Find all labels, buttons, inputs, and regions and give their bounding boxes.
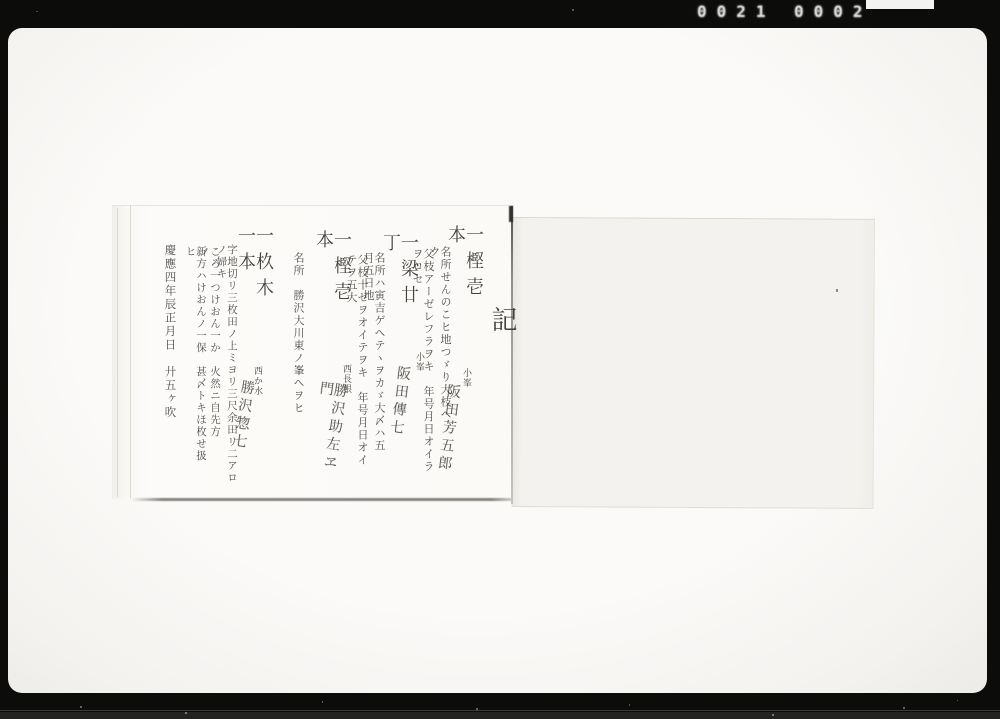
microfilm-frame: { "frame": { "counter_left": "0021", "co…	[0, 0, 1000, 719]
item-4-title: 一杦木一本	[236, 226, 272, 328]
item-2-title: 一梁廿丁	[381, 233, 417, 325]
frame-counter-right: 0002	[794, 2, 873, 21]
page-stack-edge	[117, 208, 118, 497]
dust-speck	[185, 712, 187, 714]
dust-speck	[629, 704, 630, 706]
page-stack-edge	[130, 206, 131, 498]
dust-speck	[903, 707, 905, 709]
film-edge-notch	[866, 0, 934, 9]
dust-speck	[80, 706, 82, 708]
item-1-signer-place: 小峯	[461, 368, 470, 388]
item-3-note-1: 名所 勝沢大川東ノ峯ヘヲヒ	[293, 252, 304, 444]
item-2-signer-place: 小峯	[414, 352, 423, 372]
film-edge-line	[0, 710, 1000, 711]
dust-speck	[572, 9, 574, 11]
date-column: 慶應四年辰正月日 廾五ヶ吹	[164, 244, 176, 432]
film-bottom-strip	[0, 712, 1000, 719]
dust-speck	[772, 714, 774, 716]
dust-speck	[36, 11, 38, 12]
gutter-stitch-mark	[509, 206, 513, 222]
ink-speck	[836, 289, 838, 292]
dust-speck	[322, 701, 323, 703]
dust-speck	[476, 708, 478, 710]
book-gutter-fold	[511, 206, 513, 504]
item-4-note-3: 新方ハけおんノ一保 甚〆トキほ枚せ扱ヒ	[185, 246, 206, 472]
document-heading: 記	[489, 306, 515, 332]
item-3-title: 一樫壱本	[314, 230, 350, 328]
dust-speck	[957, 700, 958, 701]
frame-counter-left: 0021	[697, 2, 776, 21]
book-right-page	[511, 217, 875, 509]
page-shadow	[131, 498, 523, 501]
